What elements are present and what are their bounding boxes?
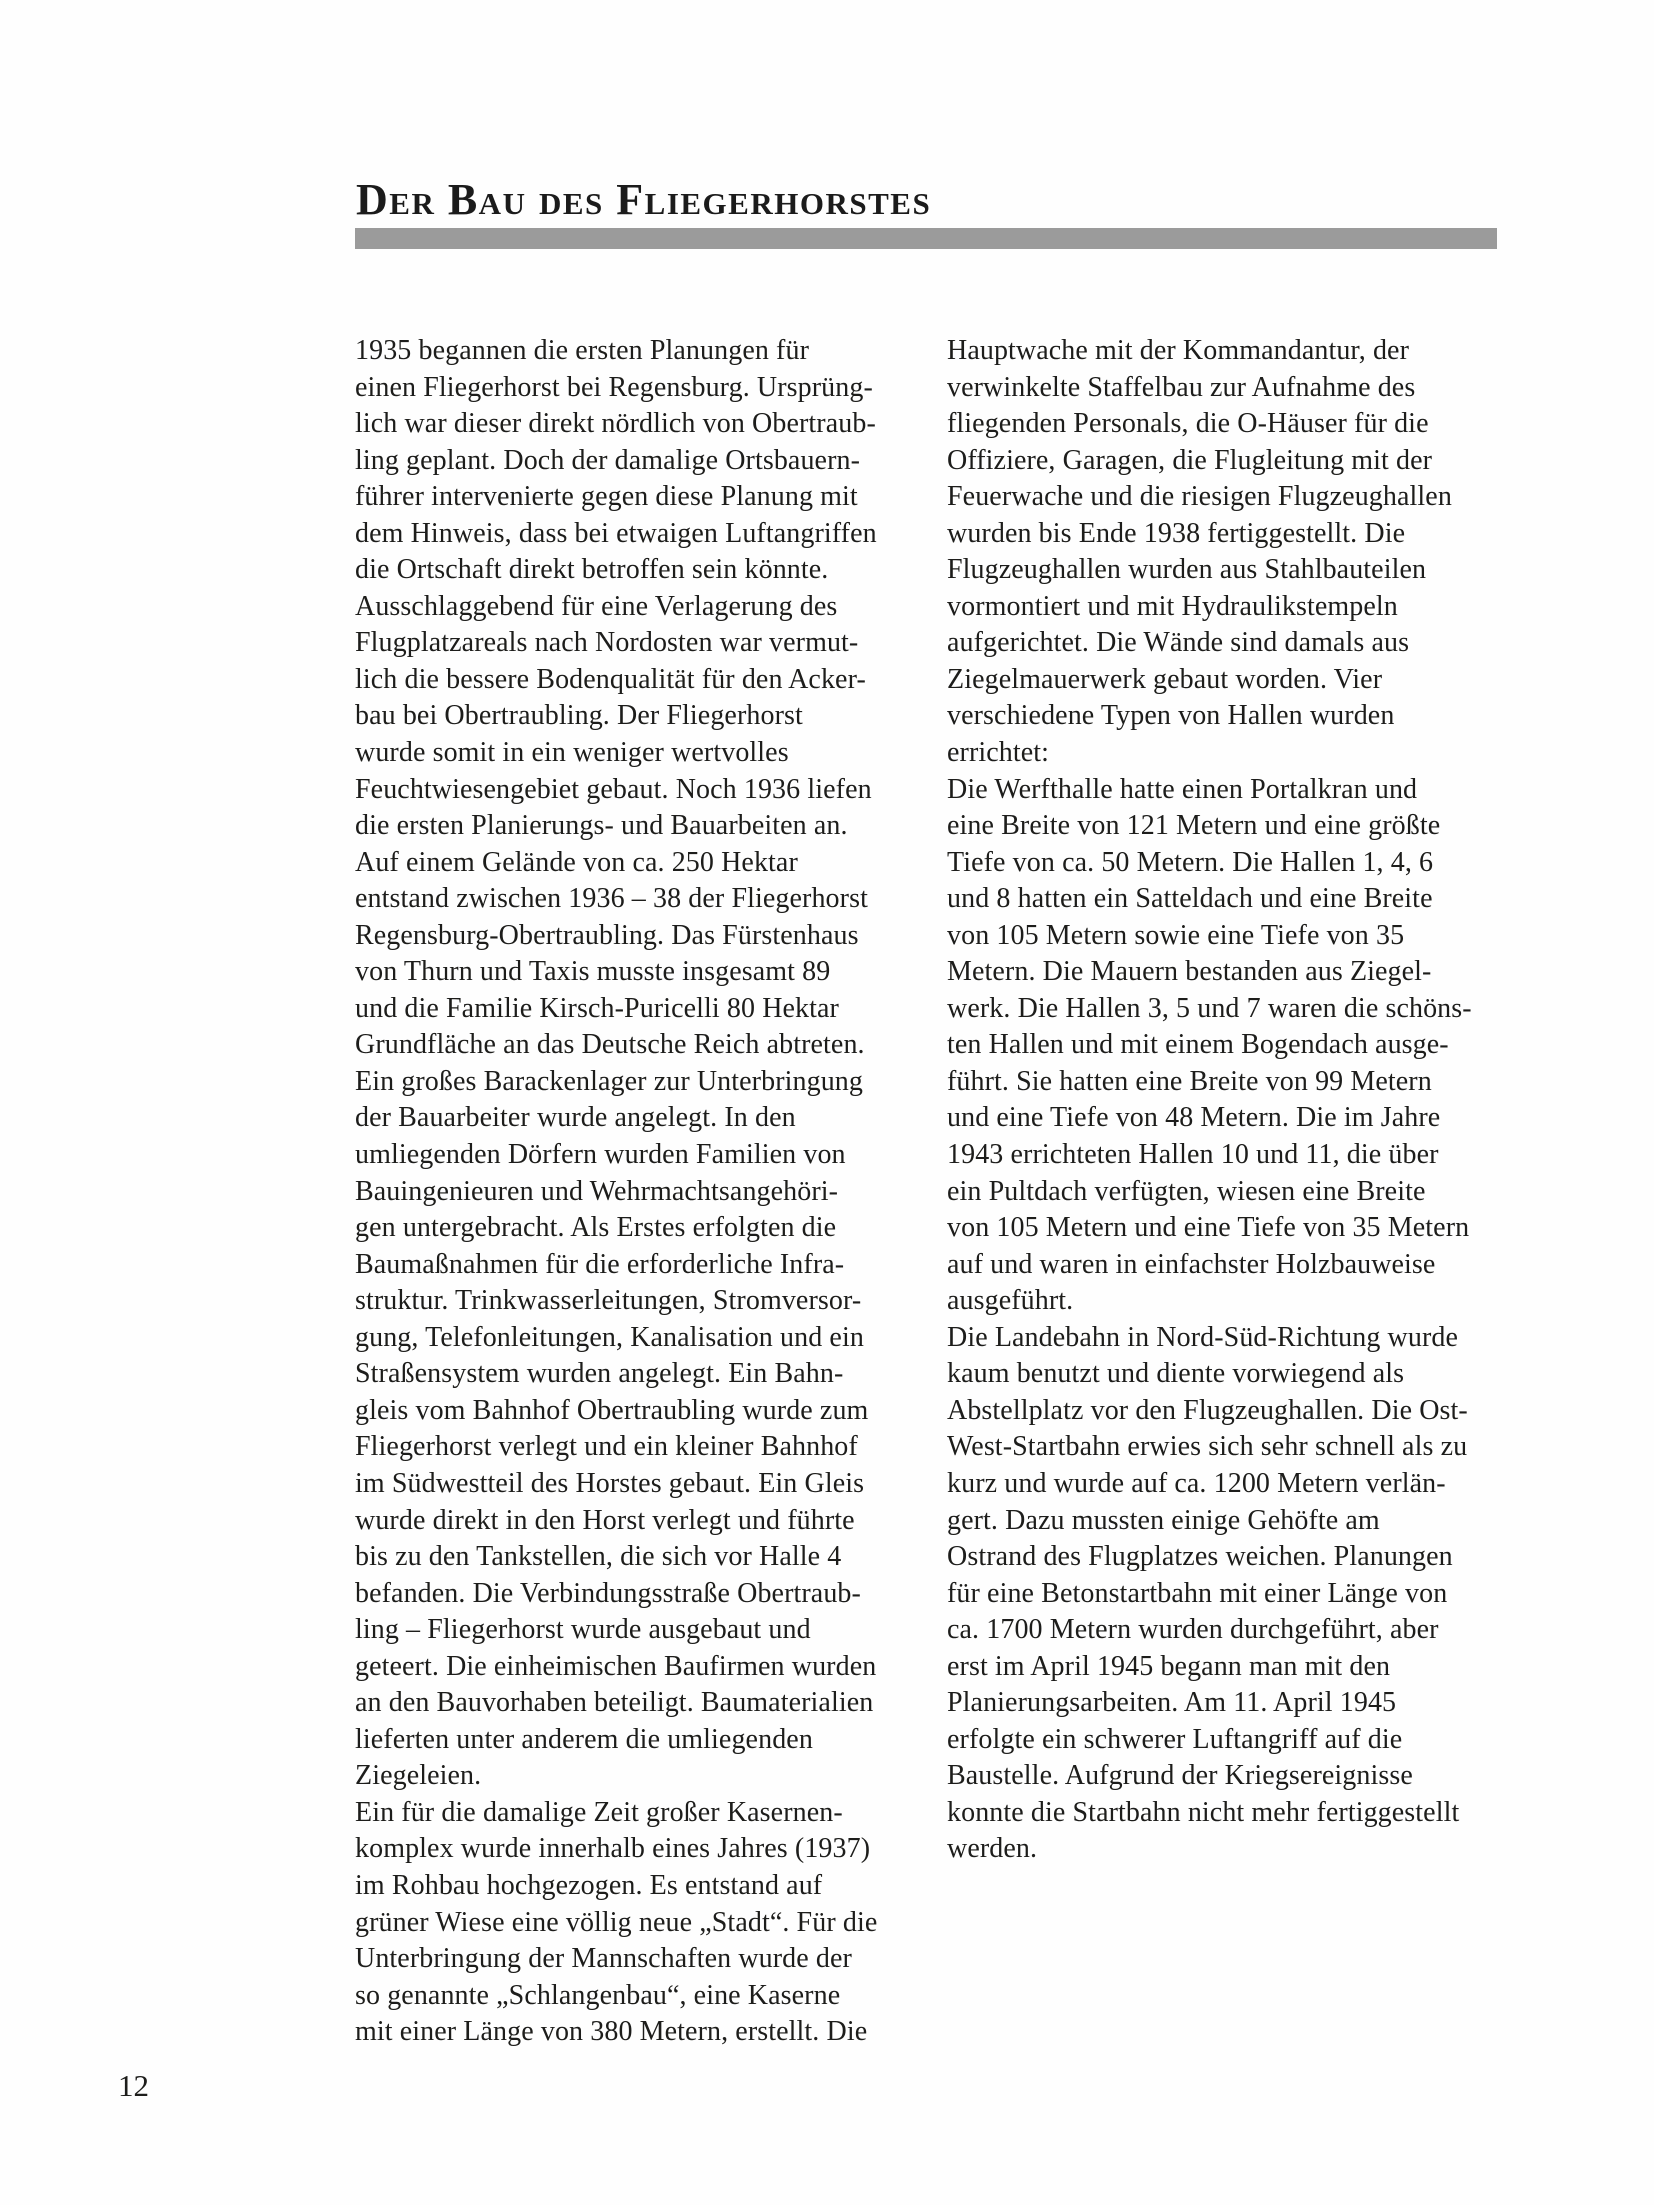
title-rule-bar [355,228,1497,249]
page-number: 12 [118,2068,149,2104]
page-title: Der Bau des Fliegerhorstes [356,177,931,223]
book-page: Der Bau des Fliegerhorstes 1935 begannen… [0,0,1654,2205]
body-text-left-column: 1935 begannen die ersten Planungen für e… [355,333,940,2051]
body-text-right-column: Hauptwache mit der Kommandantur, der ver… [947,333,1532,1868]
